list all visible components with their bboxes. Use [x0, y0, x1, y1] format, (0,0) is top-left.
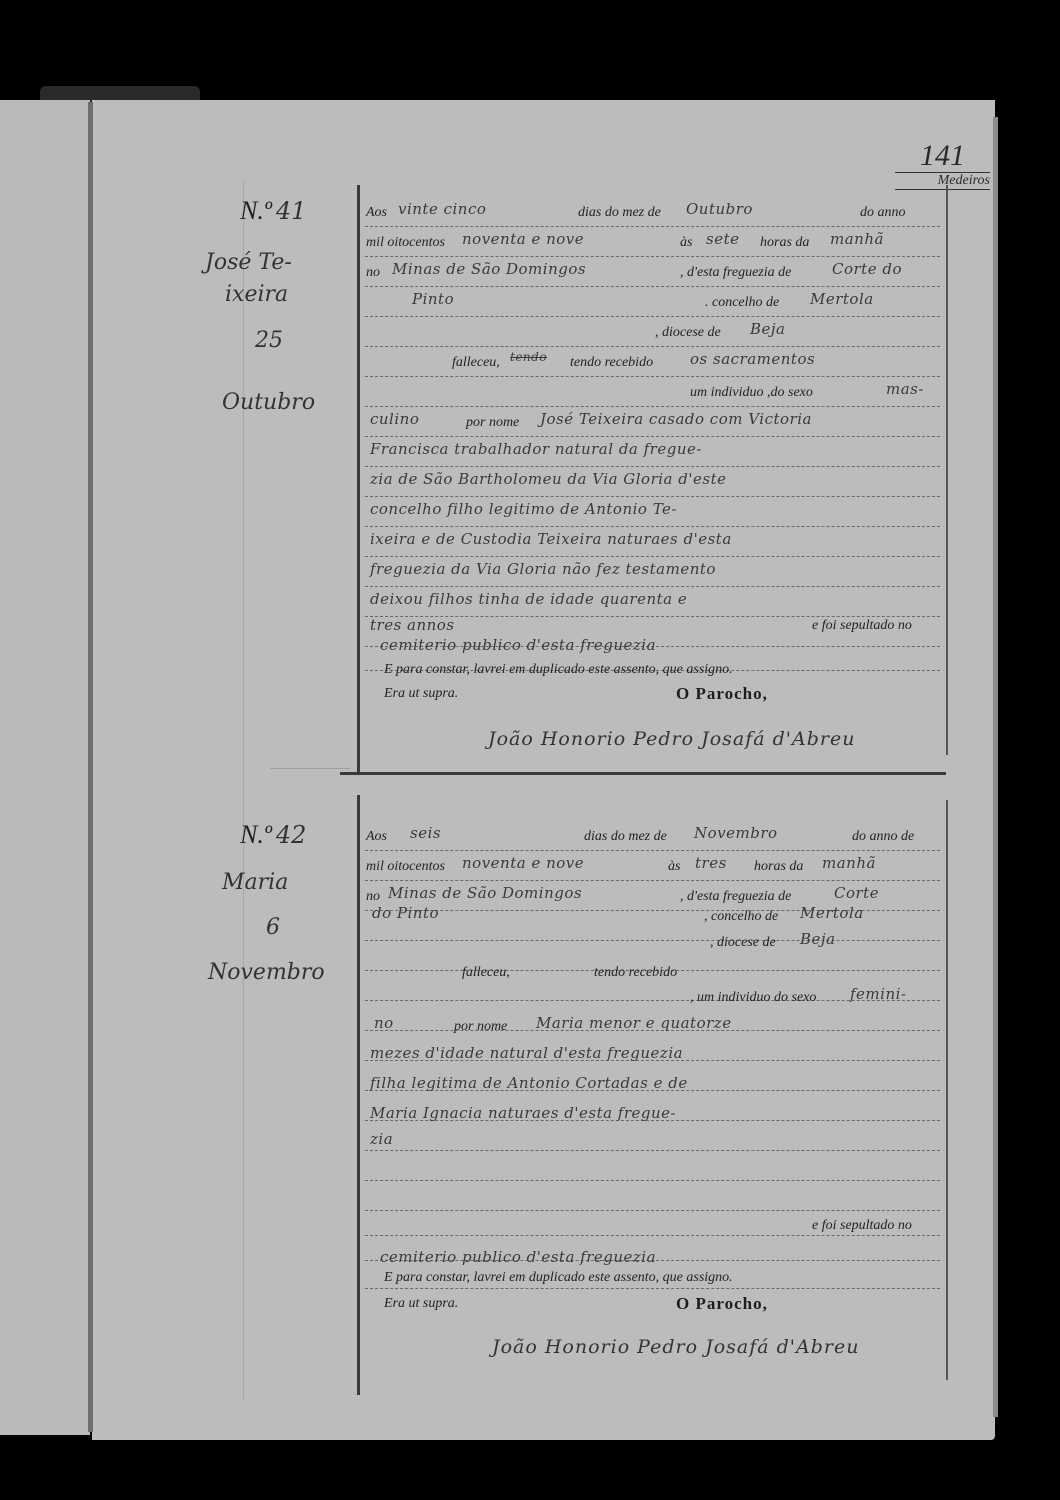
label-por-nome: por nome [466, 415, 519, 431]
priest-signature: João Honorio Pedro Josafá d'Abreu [488, 728, 855, 750]
label-por-nome: por nome [454, 1019, 507, 1035]
label-aos: Aos [366, 829, 387, 845]
field-sexo-cont: culino [370, 410, 419, 428]
label-concelho: . concelho de [705, 295, 779, 311]
label-tendo-recebido: tendo recebido [570, 355, 653, 371]
label-freguezia: , d'esta freguezia de [680, 265, 791, 281]
label-era: Era ut supra. [384, 1296, 458, 1312]
label-falleceu: falleceu, [462, 965, 510, 981]
field-period: manhã [830, 230, 884, 248]
rule [365, 376, 940, 407]
field-month: Novembro [694, 824, 778, 842]
field-diocese: Beja [750, 320, 786, 338]
field-day: vinte cinco [398, 200, 486, 218]
field-month: Outubro [686, 200, 753, 218]
label-diocese: , diocese de [655, 325, 721, 341]
field-sexo-cont: no [374, 1014, 394, 1032]
label-horas-da: horas da [754, 859, 803, 875]
margin-day: 25 [255, 328, 283, 353]
field-parish-cont: do Pinto [372, 904, 439, 922]
field-hour: tres [695, 854, 727, 872]
label-aos: Aos [366, 205, 387, 221]
label-falleceu: falleceu, [452, 355, 500, 371]
label-sepultado: e foi sepultado no [812, 618, 912, 634]
field-place: Minas de São Domingos [388, 884, 582, 902]
entry-1-right-rule [946, 185, 948, 755]
narrative-line: concelho filho legitimo de Antonio Te- [370, 500, 677, 518]
narrative-line: Francisca trabalhador natural da fregue- [370, 440, 702, 458]
label-tendo-recebido: tendo recebido [594, 965, 677, 981]
margin-month: Outubro [222, 390, 315, 415]
field-day: seis [410, 824, 441, 842]
narrative-line: zia de São Bartholomeu da Via Gloria d'e… [370, 470, 726, 488]
narrative-line: deixou filhos tinha de idade quarenta e [370, 590, 687, 608]
field-year: noventa e nove [462, 230, 584, 248]
field-parish: Corte [834, 884, 879, 902]
priest-signature: João Honorio Pedro Josafá d'Abreu [492, 1336, 859, 1358]
page-edge [993, 117, 998, 1417]
narrative-line: filha legitima de Antonio Cortadas e de [370, 1074, 688, 1092]
entry-2-right-rule [946, 800, 948, 1380]
narrative-line: freguezia da Via Gloria não fez testamen… [370, 560, 716, 578]
field-hour: sete [706, 230, 739, 248]
rule [365, 1120, 940, 1151]
narrative-line: Maria menor e quatorze [536, 1014, 732, 1032]
field-cemetery: cemiterio publico d'esta freguezia [380, 636, 656, 654]
narrative-line: zia [370, 1130, 393, 1148]
label-diocese: , diocese de [710, 935, 776, 951]
field-sacraments: os sacramentos [690, 350, 815, 368]
label-horas-da: horas da [760, 235, 809, 251]
field-sexo: mas- [886, 380, 924, 398]
field-period: manhã [822, 854, 876, 872]
entry-number: N.º42 [240, 820, 306, 850]
field-falleceu: tendo [510, 350, 547, 364]
label-parocho: O Parocho, [676, 1294, 768, 1314]
field-year: noventa e nove [462, 854, 584, 872]
folio-signature: Medeiros [895, 172, 990, 190]
folio-number: 141 [895, 140, 990, 172]
field-sexo: femini- [850, 985, 906, 1003]
label-no: no [366, 889, 380, 905]
field-parish-cont: Pinto [412, 290, 454, 308]
rule [365, 1150, 940, 1181]
margin-month: Novembro [208, 960, 325, 985]
label-parocho: O Parocho, [676, 684, 768, 704]
label-do-anno: do anno de [852, 829, 914, 845]
book-spine [88, 102, 93, 1432]
entry-separator [340, 772, 946, 775]
label-as: às [680, 235, 692, 251]
margin-separator [270, 768, 350, 769]
folio-stamp: 141 Medeiros [895, 140, 990, 190]
label-concelho: , concelho de [704, 909, 778, 925]
label-era: Era ut supra. [384, 686, 458, 702]
field-concelho: Mertola [810, 290, 874, 308]
field-diocese: Beja [800, 930, 836, 948]
label-no: no [366, 265, 380, 281]
label-sepultado: e foi sepultado no [812, 1218, 912, 1234]
label-dias-mez: dias do mez de [584, 829, 667, 845]
narrative-line: José Teixeira casado com Victoria [540, 410, 812, 428]
label-mil-oitocentos: mil oitocentos [366, 235, 445, 251]
narrative-line: ixeira e de Custodia Teixeira naturaes d… [370, 530, 732, 548]
margin-name-cont: ixeira [225, 282, 288, 307]
label-individuo: , um individuo do sexo [690, 990, 816, 1006]
label-freguezia: , d'esta freguezia de [680, 889, 791, 905]
entry-1-left-rule [357, 185, 360, 775]
label-constar: E para constar, lavrei em duplicado este… [384, 662, 733, 678]
field-cemetery: cemiterio publico d'esta freguezia [380, 1248, 656, 1266]
margin-rule [243, 180, 244, 1400]
narrative-line: tres annos [370, 616, 455, 634]
entry-2-left-rule [357, 795, 360, 1395]
left-page-edge [0, 100, 90, 1435]
margin-day: 6 [266, 915, 280, 940]
rule [365, 316, 940, 347]
label-mil-oitocentos: mil oitocentos [366, 859, 445, 875]
margin-name: Maria [222, 870, 288, 895]
field-parish: Corte do [832, 260, 902, 278]
narrative-line: mezes d'idade natural d'esta freguezia [370, 1044, 683, 1062]
label-do-anno: do anno [860, 205, 906, 221]
label-dias-mez: dias do mez de [578, 205, 661, 221]
label-individuo: um individuo ,do sexo [690, 385, 813, 401]
label-constar: E para constar, lavrei em duplicado este… [384, 1270, 733, 1286]
margin-name: José Te- [205, 250, 292, 275]
label-as: às [668, 859, 680, 875]
field-concelho: Mertola [800, 904, 864, 922]
field-place: Minas de São Domingos [392, 260, 586, 278]
entry-number: N.º41 [240, 196, 306, 226]
narrative-line: Maria Ignacia naturaes d'esta fregue- [370, 1104, 676, 1122]
